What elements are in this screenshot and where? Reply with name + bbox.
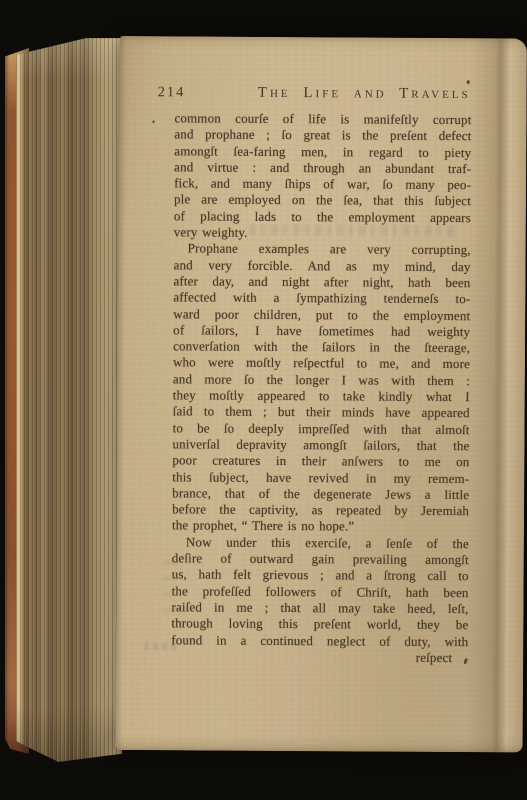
text-line: of ſailors, I have ſometimes had weighty [173, 322, 470, 340]
text-line: fick, and many ſhips of war, ſo many peo… [174, 176, 471, 194]
text-line: and prophane ; ſo great is the preſent d… [174, 127, 471, 145]
page-number: 214 [158, 84, 186, 101]
scanned-book-photo: 214 The Life and Travels common courſe o… [0, 0, 527, 800]
text-line: deſire of outward gain prevailing amongſ… [172, 550, 469, 568]
text-line: they moſtly appeared to take kindly what… [173, 387, 470, 405]
text-line: ple are employed on the ſea, that this ſ… [174, 192, 471, 210]
text-line: poor creatures in their anſwers to me on [172, 453, 469, 471]
text-line: and very forcible. And as my mind, day [174, 257, 471, 275]
text-line: common courſe of life is manifeſtly corr… [174, 110, 471, 128]
text-line: Now under this exerciſe, a ſenſe of the [172, 534, 469, 552]
ink-speck [152, 120, 154, 123]
text-line: and more ſo the longer I was with them : [173, 371, 470, 389]
text-line: to be ſo deeply impreſſed with that almo… [173, 420, 470, 438]
text-line: found in a continued neglect of duty, wi… [171, 632, 468, 650]
text-line: affected with a ſympathizing tenderneſs … [173, 290, 470, 308]
text-line: converſation with the ſailors in the ſte… [173, 338, 470, 356]
text-line: before the captivity, as repeated by Jer… [172, 501, 469, 519]
running-title: The Life and Travels [258, 85, 471, 103]
text-line: this ſubject, have revived in my remem- [172, 469, 469, 487]
text-line: brance, that of the degenerate Jews a li… [172, 485, 469, 503]
text-line: Prophane examples are very corrupting, [174, 241, 471, 259]
text-line: ward poor children, put to the employmen… [173, 306, 470, 324]
text-line: the profeſſed followers of Chriſt, hath … [172, 583, 469, 601]
page-fore-edge-stack [16, 36, 122, 764]
text-line: after day, and night after night, hath b… [173, 273, 470, 291]
text-line: us, hath felt grievous ; and a ſtrong ca… [172, 567, 469, 585]
text-line: univerſal depravity amongſt ſailors, tha… [172, 436, 469, 454]
text-line: raiſed in me ; that all may take heed, l… [171, 599, 468, 617]
text-line: amongſt ſea-faring men, in regard to pie… [174, 143, 471, 161]
text-line: who were moſtly reſpectful to me, and mo… [173, 355, 470, 373]
text-line: of placing lads to the employment appear… [174, 208, 471, 226]
text-line: reſpect [171, 648, 468, 666]
text-line: and virtue : and through an abundant tra… [174, 159, 471, 177]
text-line: very weighty. [174, 224, 471, 242]
body-text: common courſe of life is manifeſtly corr… [171, 110, 471, 666]
book-page: 214 The Life and Travels common courſe o… [116, 36, 527, 752]
ink-speck [467, 80, 470, 84]
text-line: through loving this preſent world, they … [171, 616, 468, 634]
text-line: ſaid to them ; but their minds have appe… [173, 404, 470, 422]
page-header: 214 The Life and Travels [158, 84, 471, 104]
text-line: the prophet, “ There is no hope.” [172, 518, 469, 536]
